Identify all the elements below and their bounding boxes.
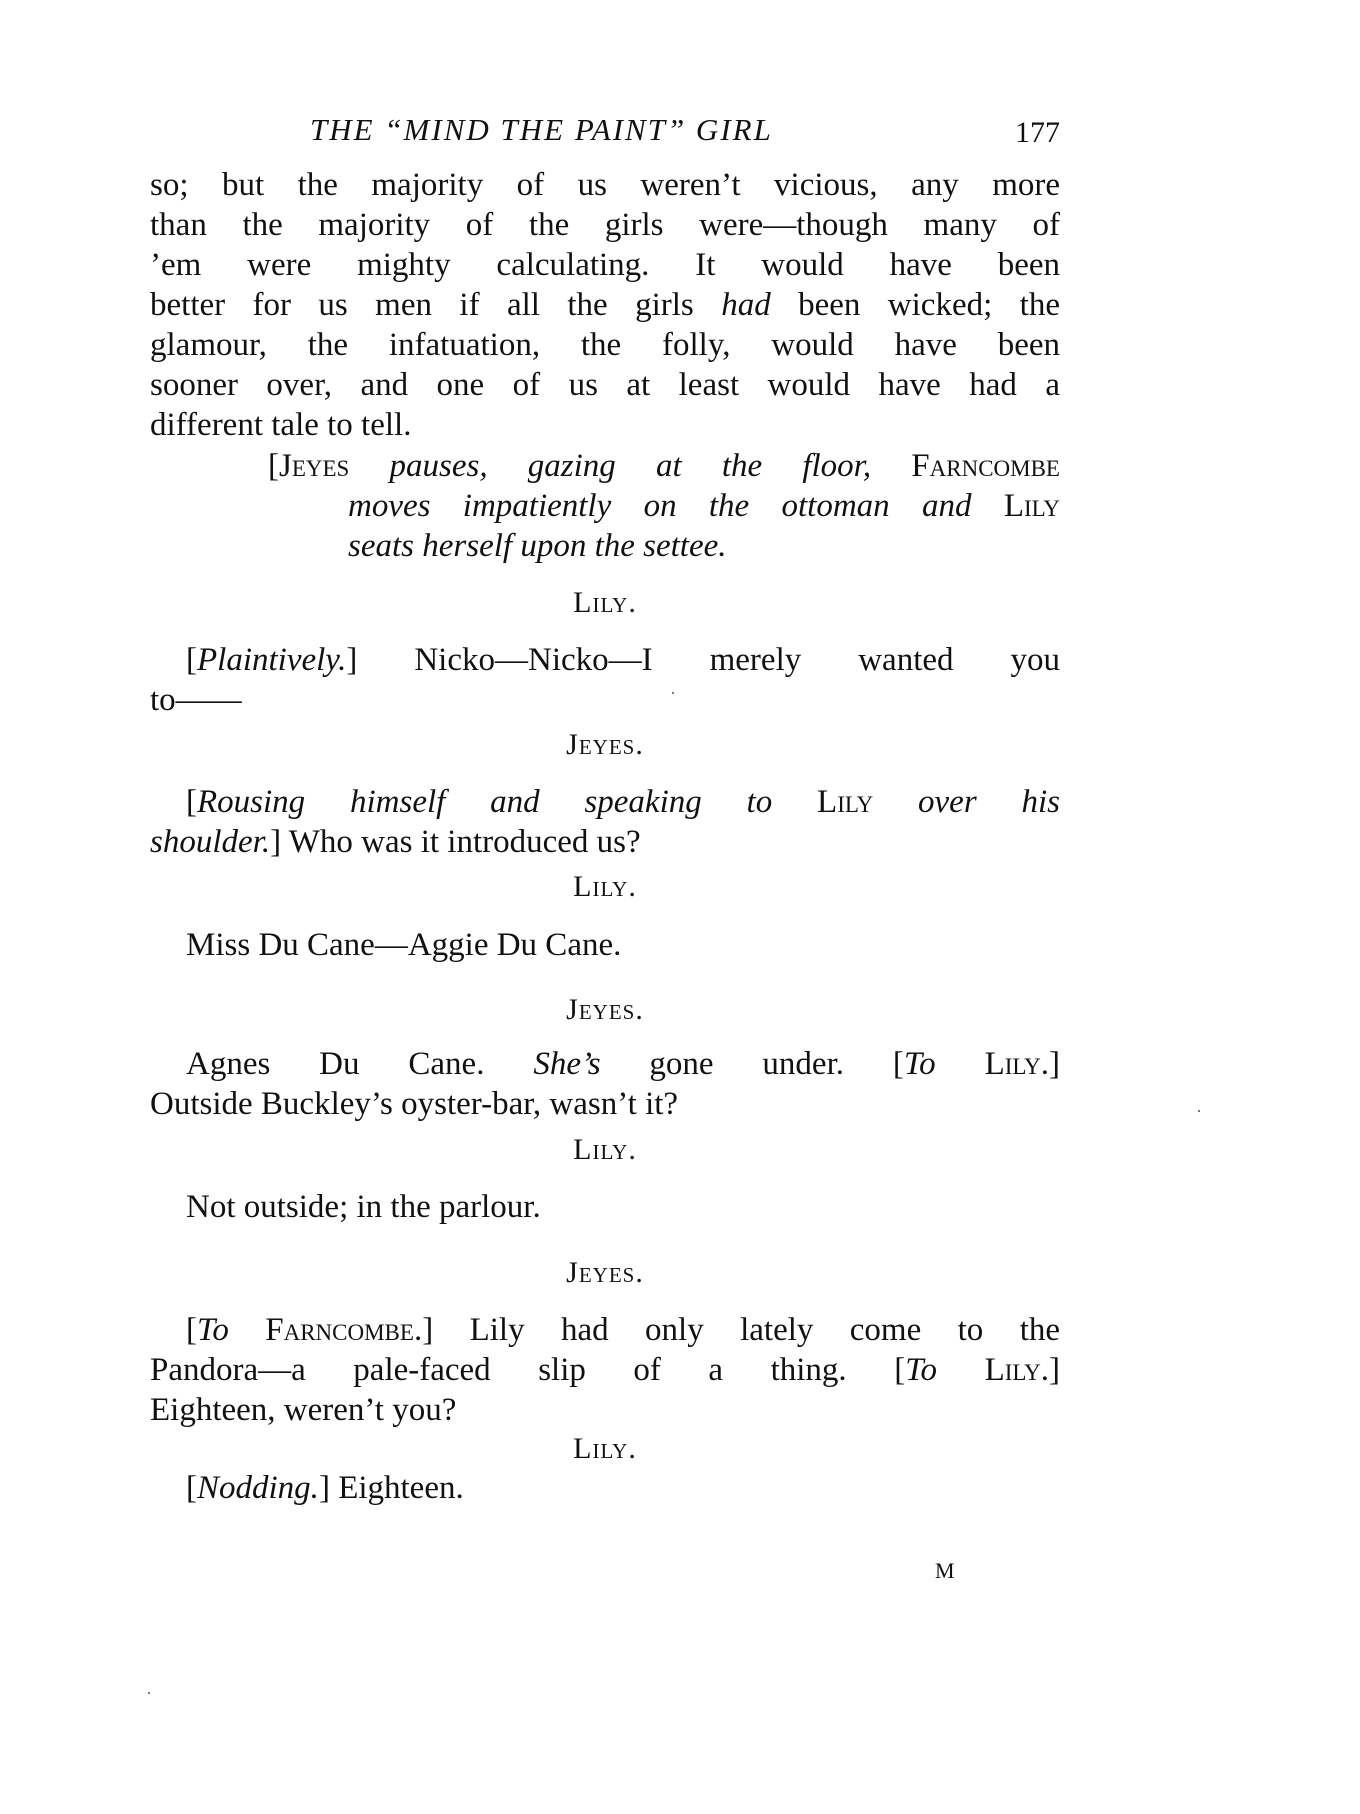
speech: Not outside; in the parlour. (150, 1187, 1060, 1227)
print-speck (1198, 1110, 1200, 1112)
print-speck (148, 1692, 150, 1694)
running-head: THE “MIND THE PAINT” GIRL 177 (150, 112, 1060, 152)
character-name: Jeyes (279, 448, 349, 484)
paragraph-line: than the majority of the girls were—thou… (150, 205, 1060, 245)
book-page: THE “MIND THE PAINT” GIRL 177 so; but th… (0, 0, 1360, 1814)
character-name: Lily (1004, 488, 1060, 524)
character-name: Lily. (985, 1046, 1049, 1082)
speech: Agnes Du Cane. She’s gone under. [To Lil… (150, 1044, 1060, 1124)
speaker-heading: Lily. (150, 586, 1060, 620)
paragraph-line: ’em were mighty calculating. It would ha… (150, 245, 1060, 285)
stage-direction: Plaintively. (197, 642, 346, 678)
speaker-heading: Lily. (150, 870, 1060, 904)
paragraph-line: better for us men if all the girls had b… (150, 285, 1060, 325)
emphasis: had (721, 287, 771, 323)
opening-paragraph: so; but the majority of us weren’t vicio… (150, 165, 1060, 445)
running-title: THE “MIND THE PAINT” GIRL (310, 112, 773, 148)
speaker-heading: Lily. (150, 1133, 1060, 1167)
speaker-heading: Lily. (150, 1432, 1060, 1466)
speaker-heading: Jeyes. (150, 728, 1060, 762)
stage-direction: [Jeyes pauses, gazing at the floor, Farn… (268, 446, 1060, 566)
character-name: Farncombe (911, 448, 1060, 484)
print-speck (672, 692, 674, 694)
character-name: Farncombe. (265, 1312, 422, 1348)
speech: [Nodding.] Eighteen. (150, 1468, 1060, 1508)
speaker-heading: Jeyes. (150, 1256, 1060, 1290)
page-number: 177 (1015, 116, 1060, 150)
paragraph-line: glamour, the infatuation, the folly, wou… (150, 325, 1060, 365)
speech: [Plaintively.] Nicko—Nicko—I merely want… (150, 640, 1060, 720)
paragraph-line: so; but the majority of us weren’t vicio… (150, 165, 1060, 205)
signature-mark: M (935, 1558, 955, 1584)
character-name: Lily (817, 784, 873, 820)
paragraph-line: sooner over, and one of us at least woul… (150, 365, 1060, 405)
character-name: Lily. (985, 1352, 1049, 1388)
speaker-heading: Jeyes. (150, 993, 1060, 1027)
paragraph-line: different tale to tell. (150, 405, 1060, 445)
speech: Miss Du Cane—Aggie Du Cane. (150, 925, 1060, 965)
speech: [To Farncombe.] Lily had only lately com… (150, 1310, 1060, 1430)
speech: [Rousing himself and speaking to Lily ov… (150, 782, 1060, 862)
